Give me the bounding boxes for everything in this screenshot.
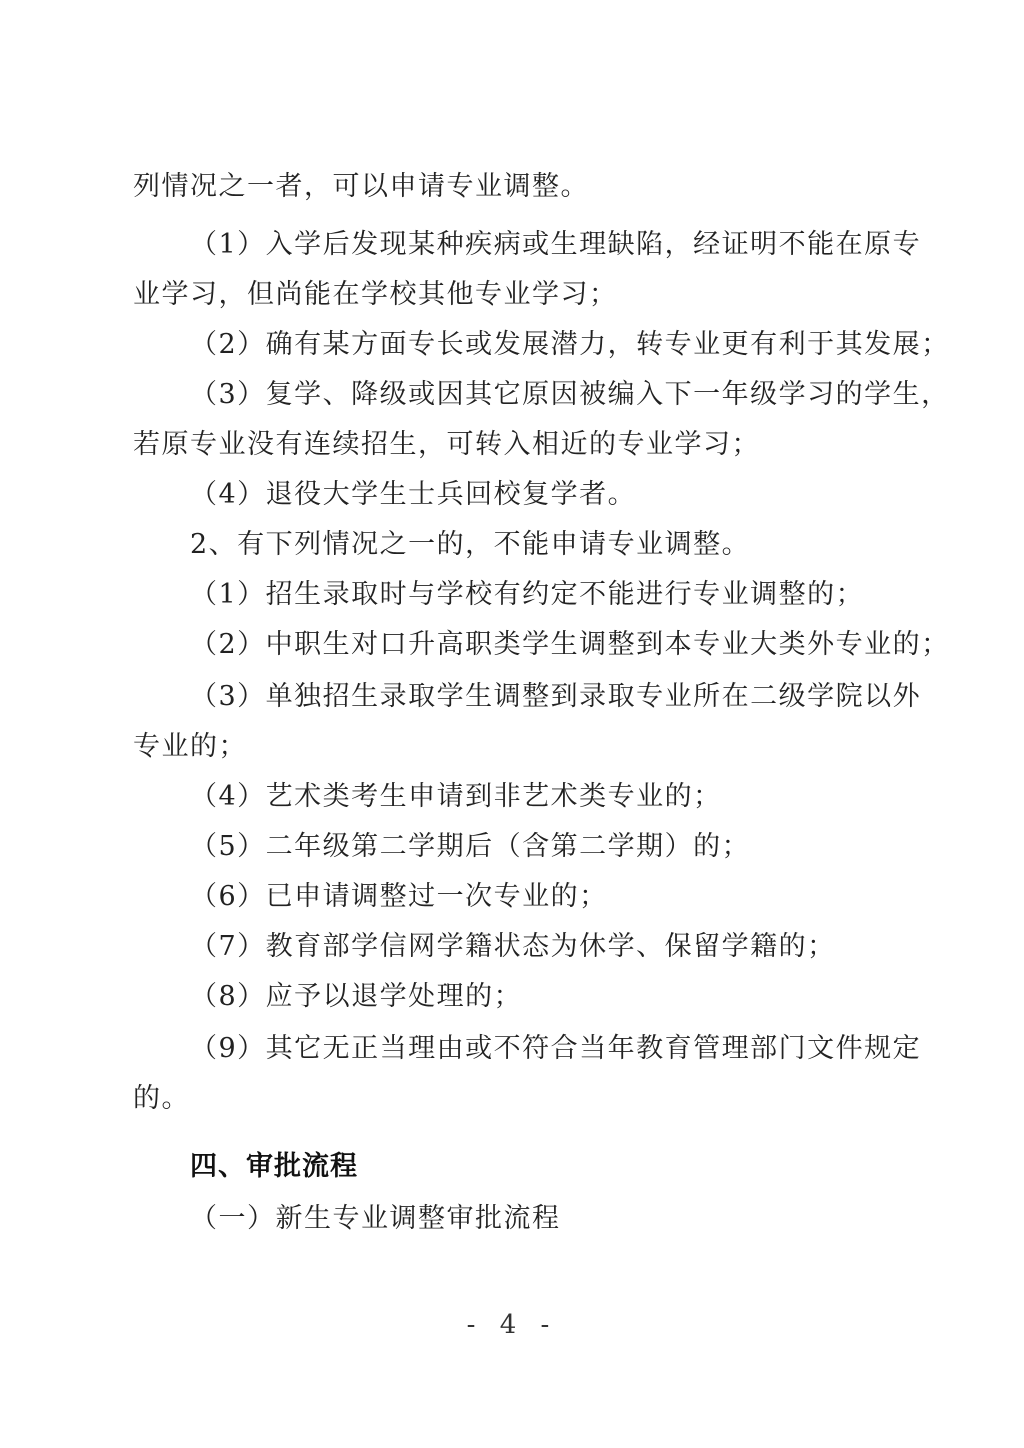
section-heading: 四、审批流程 [190, 1150, 358, 1184]
paragraph-line: （6）已申请调整过一次专业的； [190, 880, 608, 914]
paragraph-line: 的。 [133, 1082, 190, 1116]
paragraph-line: （4）艺术类考生申请到非艺术类专业的； [190, 780, 722, 814]
paragraph-line: （9）其它无正当理由或不符合当年教育管理部门文件规定 [190, 1032, 921, 1066]
paragraph-line: （1）招生录取时与学校有约定不能进行专业调整的； [190, 578, 864, 612]
page-number: - 4 - [0, 1310, 1024, 1340]
paragraph-line: 2、有下列情况之一的，不能申请专业调整。 [190, 528, 750, 562]
paragraph-line: （5）二年级第二学期后（含第二学期）的； [190, 830, 750, 864]
paragraph-line: 列情况之一者，可以申请专业调整。 [133, 170, 589, 204]
paragraph-line: （1）入学后发现某种疾病或生理缺陷，经证明不能在原专 [190, 228, 921, 262]
subsection-heading: （一）新生专业调整审批流程 [190, 1202, 561, 1236]
paragraph-line: （3）单独招生录取学生调整到录取专业所在二级学院以外 [190, 680, 921, 714]
paragraph-line: （2）中职生对口升高职类学生调整到本专业大类外专业的； [190, 628, 950, 662]
paragraph-line: （4）退役大学生士兵回校复学者。 [190, 478, 636, 512]
paragraph-line: 专业的； [133, 730, 247, 764]
paragraph-line: （8）应予以退学处理的； [190, 980, 522, 1014]
paragraph-line: （3）复学、降级或因其它原因被编入下一年级学习的学生， [190, 378, 950, 412]
paragraph-line: 业学习，但尚能在学校其他专业学习； [133, 278, 618, 312]
paragraph-line: 若原专业没有连续招生，可转入相近的专业学习； [133, 428, 760, 462]
paragraph-line: （2）确有某方面专长或发展潜力，转专业更有利于其发展； [190, 328, 950, 362]
paragraph-line: （7）教育部学信网学籍状态为休学、保留学籍的； [190, 930, 836, 964]
